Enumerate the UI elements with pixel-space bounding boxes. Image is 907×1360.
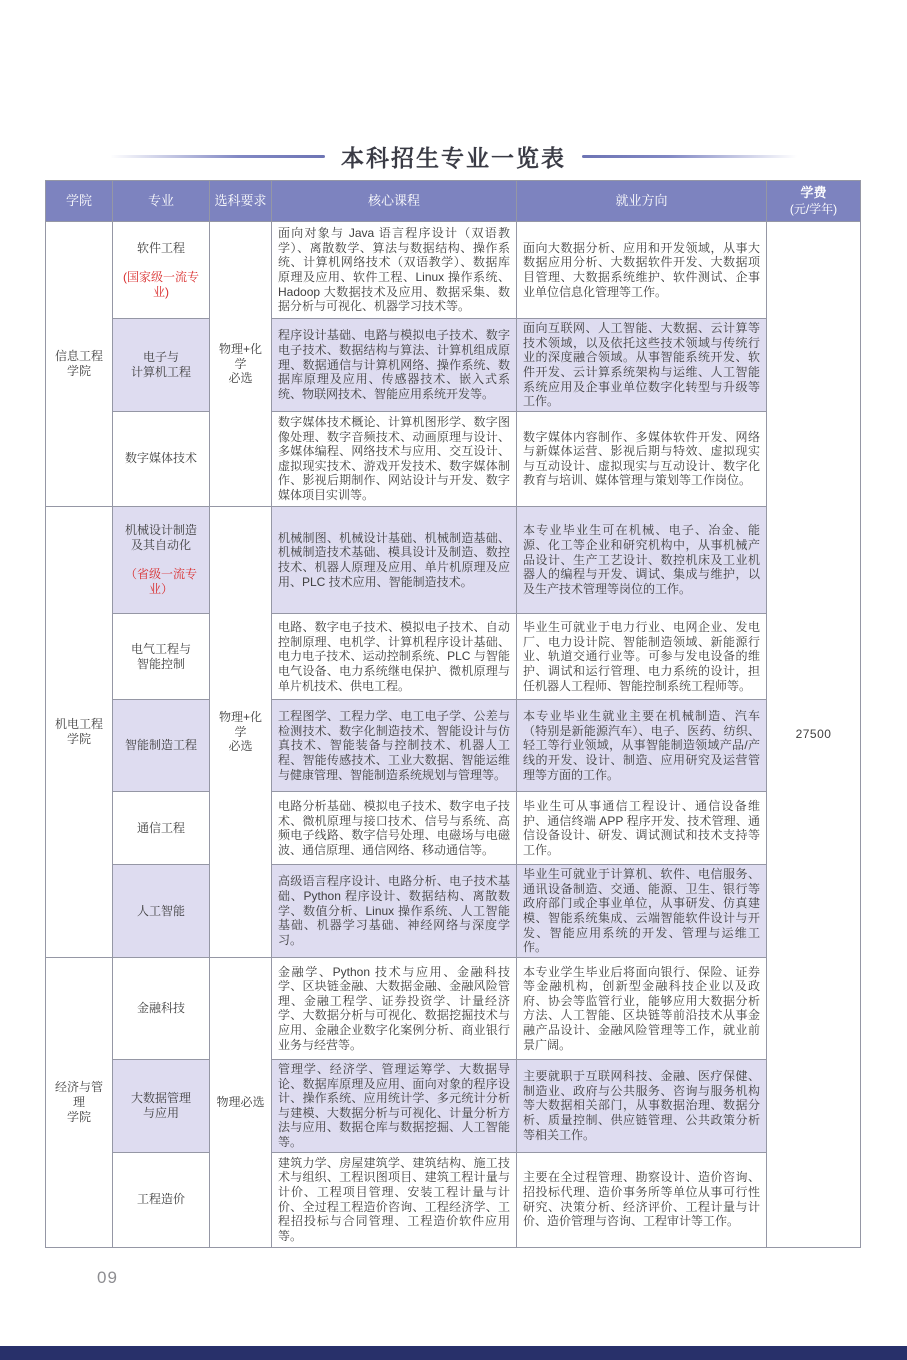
page-title: 本科招生专业一览表 — [341, 140, 566, 173]
major-name: 机械设计制造 及其自动化 — [119, 523, 203, 552]
header-tuition-line2: (元/学年) — [769, 202, 858, 217]
career-cell: 数字媒体内容制作、多媒体软件开发、网络与新媒体运营、影视后期与特效、虚拟现实与互… — [517, 411, 767, 506]
career-cell: 毕业生可就业于计算机、软件、电信服务、通讯设备制造、交通、能源、卫生、银行等政府… — [517, 865, 767, 958]
table-header-row: 学院 专业 选科要求 核心课程 就业方向 学费 (元/学年) — [46, 181, 861, 222]
tuition-cell: 27500 — [767, 222, 861, 1248]
header-major: 专业 — [113, 181, 210, 222]
courses-cell: 电路分析基础、模拟电子技术、数字电子技术、微机原理与接口技术、信号与系统、高频电… — [272, 792, 517, 865]
table-row: 通信工程 电路分析基础、模拟电子技术、数字电子技术、微机原理与接口技术、信号与系… — [46, 792, 861, 865]
courses-cell: 面向对象与 Java 语言程序设计（双语教学）、离散数学、算法与数据结构、操作系… — [272, 222, 517, 319]
courses-cell: 建筑力学、房屋建筑学、建筑结构、施工技术与组织、工程识图项目、建筑工程计量与计价… — [272, 1152, 517, 1247]
majors-table: 学院 专业 选科要求 核心课程 就业方向 学费 (元/学年) 信息工程 学院 软… — [45, 180, 861, 1248]
page-number: 09 — [97, 1268, 118, 1288]
table-row: 电气工程与 智能控制 电路、数字电子技术、模拟电子技术、自动控制原理、电机学、计… — [46, 614, 861, 700]
table-row: 智能制造工程 工程图学、工程力学、电工电子学、公差与检测技术、数字化制造技术、智… — [46, 700, 861, 792]
courses-cell: 机械制图、机械设计基础、机械制造基础、机械制造技术基础、模具设计及制造、数控技术… — [272, 506, 517, 613]
header-courses: 核心课程 — [272, 181, 517, 222]
courses-cell: 工程图学、工程力学、电工电子学、公差与检测技术、数字化制造技术、智能设计与仿真技… — [272, 700, 517, 792]
table-row: 大数据管理 与应用 管理学、经济学、管理运筹学、大数据导论、数据库原理及应用、面… — [46, 1059, 861, 1152]
major-cell: 数字媒体技术 — [113, 411, 210, 506]
footer-bar — [0, 1346, 907, 1360]
major-cell: 智能制造工程 — [113, 700, 210, 792]
header-tuition: 学费 (元/学年) — [767, 181, 861, 222]
career-cell: 主要在全过程管理、勘察设计、造价咨询、招投标代理、造价事务所等单位从事可行性研究… — [517, 1152, 767, 1247]
courses-cell: 管理学、经济学、管理运筹学、大数据导论、数据库原理及应用、面向对象的程序设计、操… — [272, 1059, 517, 1152]
major-cell: 机械设计制造 及其自动化 （省级一流专业） — [113, 506, 210, 613]
table-row: 数字媒体技术 数字媒体技术概论、计算机图形学、数字图像处理、数字音频技术、动画原… — [46, 411, 861, 506]
career-cell: 毕业生可就业于电力行业、电网企业、发电厂、电力设计院、智能制造领域、新能源行业、… — [517, 614, 767, 700]
subject-cell: 物理必选 — [210, 957, 272, 1247]
courses-cell: 数字媒体技术概论、计算机图形学、数字图像处理、数字音频技术、动画原理与设计、多媒… — [272, 411, 517, 506]
courses-cell: 金融学、Python 技术与应用、金融科技学、区块链金融、大数据金融、金融风险管… — [272, 957, 517, 1059]
career-cell: 主要就职于互联网科技、金融、医疗保健、制造业、政府与公共服务、咨询与服务机构等大… — [517, 1059, 767, 1152]
major-name: 软件工程 — [119, 241, 203, 256]
major-note: （省级一流专业） — [119, 567, 203, 596]
college-cell: 信息工程 学院 — [46, 222, 113, 507]
header-subject: 选科要求 — [210, 181, 272, 222]
table-row: 机电工程 学院 机械设计制造 及其自动化 （省级一流专业） 物理+化学 必选 机… — [46, 506, 861, 613]
header-college: 学院 — [46, 181, 113, 222]
header-tuition-line1: 学费 — [769, 185, 858, 201]
subject-cell: 物理+化学 必选 — [210, 506, 272, 957]
career-cell: 面向互联网、人工智能、大数据、云计算等技术领域，以及依托这些技术领域与传统行业的… — [517, 319, 767, 412]
major-cell: 电气工程与 智能控制 — [113, 614, 210, 700]
career-cell: 本专业毕业生可在机械、电子、冶金、能源、化工等企业和研究机构中，从事机械产品设计… — [517, 506, 767, 613]
table-row: 经济与管理 学院 金融科技 物理必选 金融学、Python 技术与应用、金融科技… — [46, 957, 861, 1059]
table-row: 信息工程 学院 软件工程 (国家级一流专业) 物理+化学 必选 面向对象与 Ja… — [46, 222, 861, 319]
major-cell: 通信工程 — [113, 792, 210, 865]
career-cell: 面向大数据分析、应用和开发领域，从事大数据应用分析、大数据软件开发、大数据项目管… — [517, 222, 767, 319]
major-cell: 人工智能 — [113, 865, 210, 958]
major-cell: 工程造价 — [113, 1152, 210, 1247]
courses-cell: 高级语言程序设计、电路分析、电子技术基础、Python 程序设计、数据结构、离散… — [272, 865, 517, 958]
title-block: 本科招生专业一览表 — [0, 140, 907, 173]
college-cell: 机电工程 学院 — [46, 506, 113, 957]
table-row: 人工智能 高级语言程序设计、电路分析、电子技术基础、Python 程序设计、数据… — [46, 865, 861, 958]
career-cell: 本专业毕业生就业主要在机械制造、汽车（特别是新能源汽车）、电子、医药、纺织、轻工… — [517, 700, 767, 792]
header-career: 就业方向 — [517, 181, 767, 222]
page: 本科招生专业一览表 学院 专业 选科要求 核心课程 就业方向 学费 (元/学年) — [0, 0, 907, 1360]
courses-cell: 程序设计基础、电路与模拟电子技术、数字电子技术、数据结构与算法、计算机组成原理、… — [272, 319, 517, 412]
major-cell: 电子与 计算机工程 — [113, 319, 210, 412]
major-cell: 金融科技 — [113, 957, 210, 1059]
courses-cell: 电路、数字电子技术、模拟电子技术、自动控制原理、电机学、计算机程序设计基础、电力… — [272, 614, 517, 700]
title-decorative-line-right — [582, 155, 797, 158]
title-decorative-line-left — [110, 155, 325, 158]
table-row: 电子与 计算机工程 程序设计基础、电路与模拟电子技术、数字电子技术、数据结构与算… — [46, 319, 861, 412]
college-cell: 经济与管理 学院 — [46, 957, 113, 1247]
career-cell: 毕业生可从事通信工程设计、通信设备维护、通信终端 APP 程序开发、技术管理、通… — [517, 792, 767, 865]
major-note: (国家级一流专业) — [119, 270, 203, 299]
career-cell: 本专业学生毕业后将面向银行、保险、证券等金融机构，创新型金融科技企业以及政府、协… — [517, 957, 767, 1059]
major-cell: 大数据管理 与应用 — [113, 1059, 210, 1152]
subject-cell: 物理+化学 必选 — [210, 222, 272, 507]
major-cell: 软件工程 (国家级一流专业) — [113, 222, 210, 319]
table-row: 工程造价 建筑力学、房屋建筑学、建筑结构、施工技术与组织、工程识图项目、建筑工程… — [46, 1152, 861, 1247]
